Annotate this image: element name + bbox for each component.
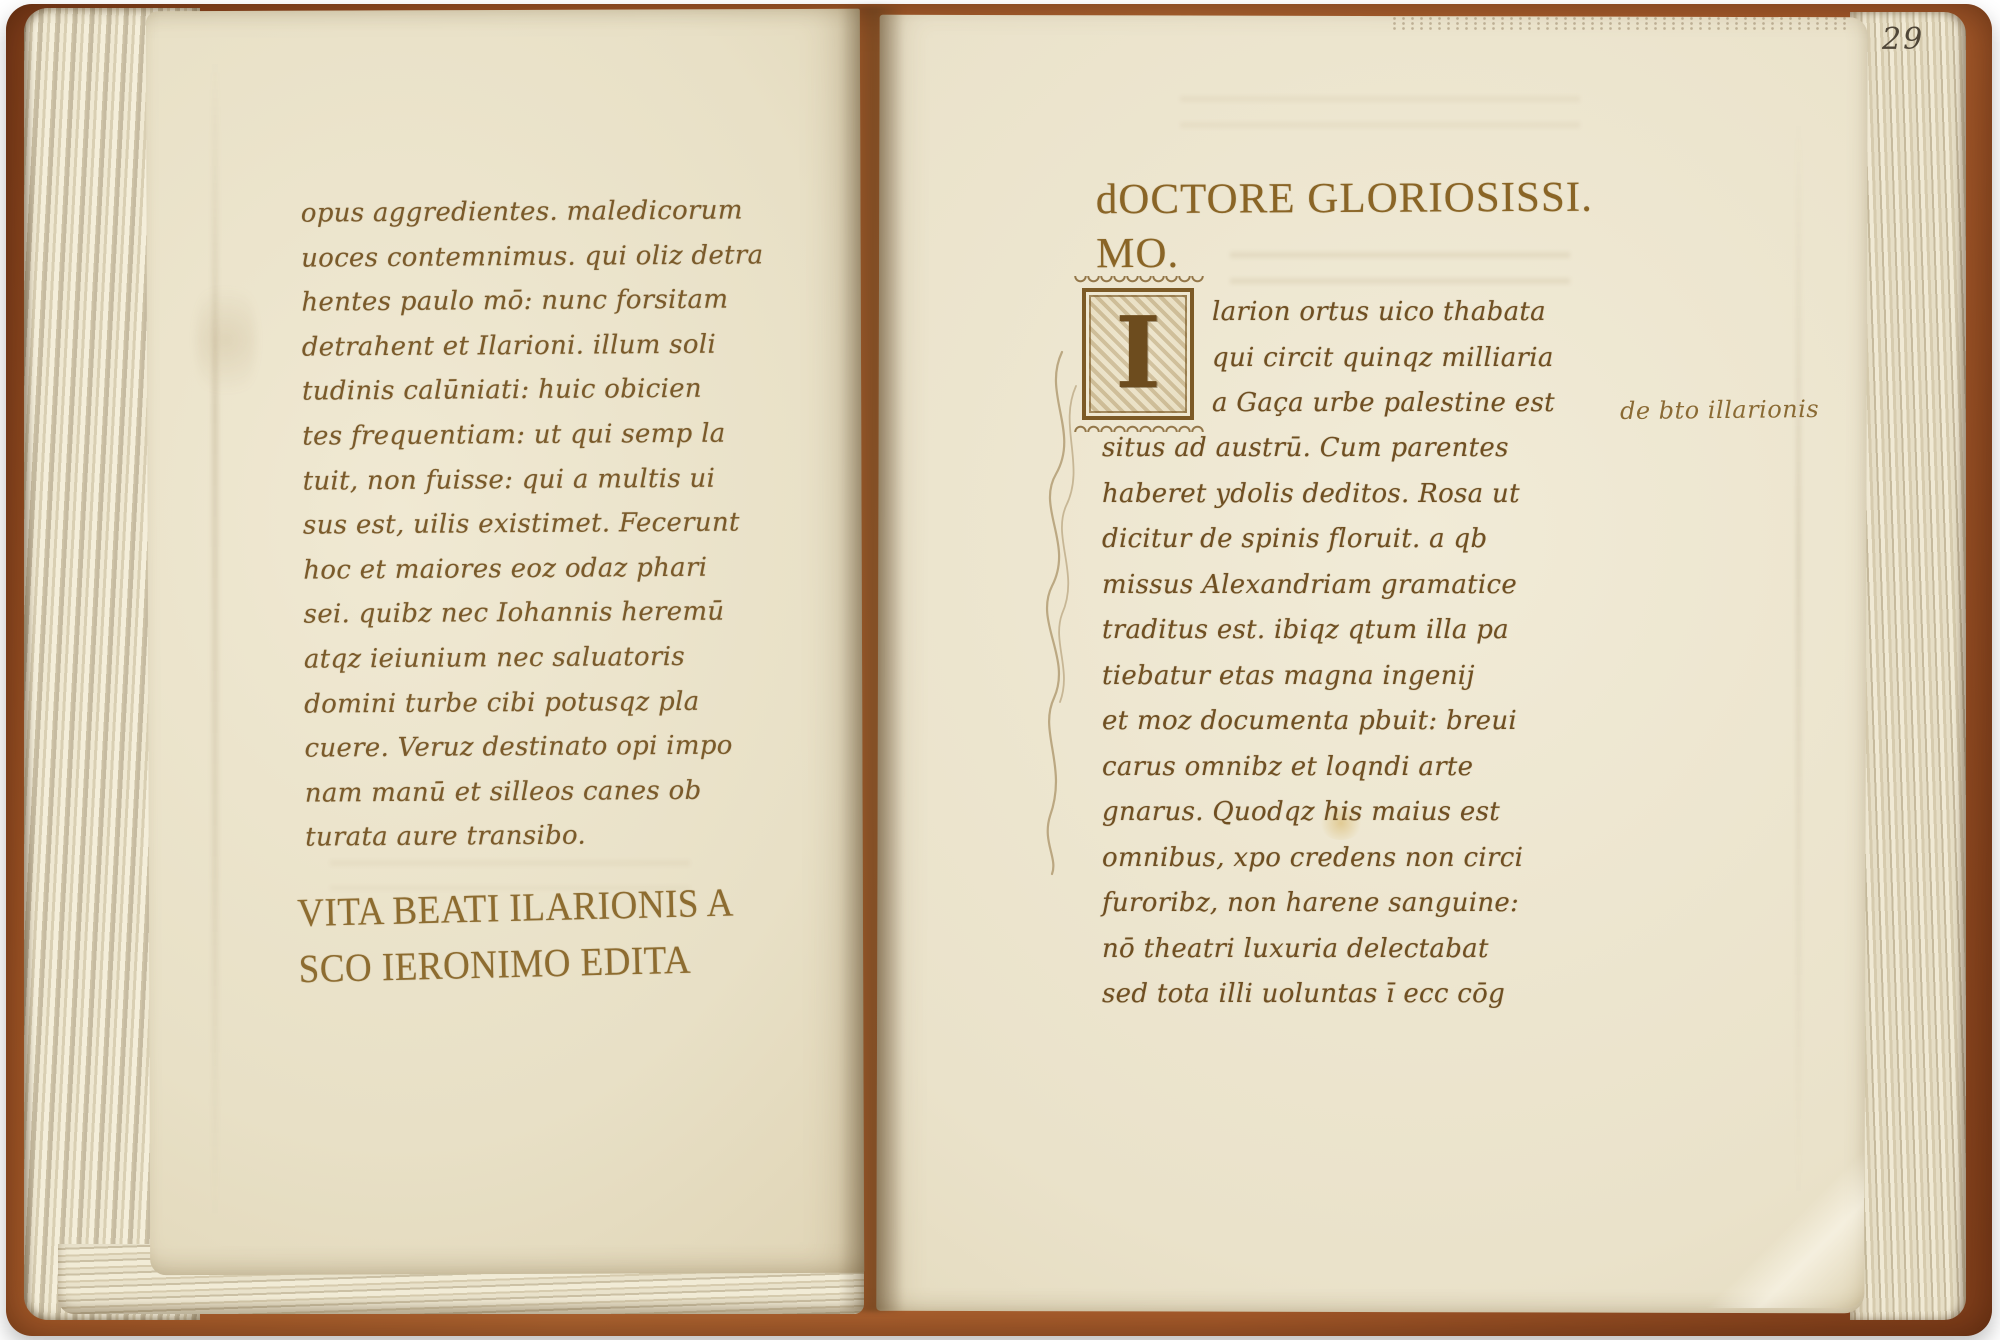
illuminated-initial-frame: I — [1082, 288, 1194, 420]
parchment-crease — [1796, 120, 1801, 1200]
right-page-text-block-indented: larion ortus uico thabataqui circit quin… — [1212, 290, 1612, 427]
manuscript-text-line: tudinis calūniati: huic obicien — [302, 367, 752, 415]
manuscript-text-line: cuere. Veruz destinato opi impo — [304, 724, 754, 772]
manuscript-text-line: a Gaça urbe palestine est — [1212, 381, 1612, 427]
parchment-stain — [196, 270, 256, 410]
manuscript-text-line: omnibus, xpo credens non circi — [1102, 836, 1602, 882]
manuscript-text-line: hoc et maiores eoz odaz phari — [303, 545, 753, 593]
manuscript-text-line: uoces contemnimus. qui oliz detra — [301, 233, 751, 281]
manuscript-text-line: tes frequentiam: ut qui semp la — [302, 411, 752, 459]
manuscript-text-line: gnarus. Quodqz his maius est — [1102, 790, 1602, 836]
manuscript-text-line: furoribz, non harene sanguine: — [1102, 881, 1602, 927]
manuscript-text-line: traditus est. ibiqz qtum illa pa — [1102, 608, 1602, 654]
chapter-heading-line: dOCTORE GLORIOSISSI. — [1096, 171, 1593, 228]
manuscript-text-line: missus Alexandriam gramatice — [1102, 563, 1602, 609]
manuscript-text-line: qui circit quinqz milliaria — [1212, 336, 1612, 382]
manuscript-text-line: nam manū et silleos canes ob — [305, 768, 755, 816]
manuscript-text-line: carus omnibz et loqndi arte — [1102, 745, 1602, 791]
manuscript-text-line: sus est, uilis existimet. Fecerunt — [303, 501, 753, 549]
manuscript-text-line: hentes paulo mō: nunc forsitam — [301, 278, 751, 326]
manuscript-photo: opus aggredientes. maledicorumuoces cont… — [0, 0, 2000, 1340]
parchment-crease — [212, 60, 218, 1220]
chapter-heading: dOCTORE GLORIOSISSI.MO. — [1096, 171, 1594, 282]
initial-ornament-top — [1074, 276, 1204, 288]
manuscript-text-line: dicitur de spinis floruit. a qb — [1102, 517, 1602, 563]
folio-number: 29 — [1882, 22, 1924, 57]
manuscript-text-line: sei. quibz nec Iohannis heremū — [303, 590, 753, 638]
manuscript-text-line: domini turbe cibi potusqz pla — [304, 679, 754, 727]
manuscript-text-line: tiebatur etas magna ingenij — [1102, 654, 1602, 700]
manuscript-text-line: situs ad austrū. Cum parentes — [1102, 426, 1602, 472]
manuscript-text-line: sed tota illi uoluntas ī ecc cōg — [1102, 972, 1602, 1018]
right-page-text-block: situs ad austrū. Cum parenteshaberet ydo… — [1102, 426, 1602, 1018]
left-page-text-block: opus aggredientes. maledicorumuoces cont… — [301, 188, 756, 860]
manuscript-text-line: nō theatri luxuria delectabat — [1102, 927, 1602, 973]
ink-showthrough — [1180, 96, 1580, 136]
book-gutter-shadow — [840, 6, 904, 1312]
manuscript-text-line: detrahent et Ilarioni. illum soli — [302, 322, 752, 370]
manuscript-text-line: turata aure transibo. — [305, 813, 755, 861]
chapter-heading-line: MO. — [1096, 225, 1593, 282]
manuscript-text-line: atqz ieiunium nec saluatoris — [304, 634, 754, 682]
pen-flourish-ornament — [1028, 346, 1088, 876]
manuscript-text-line: larion ortus uico thabata — [1212, 290, 1612, 336]
illuminated-initial-letter: I — [1115, 305, 1161, 403]
manuscript-text-line: haberet ydolis deditos. Rosa ut — [1102, 472, 1602, 518]
manuscript-text-line: tuit, non fuisse: qui a multis ui — [303, 456, 753, 504]
rubric-title: VITA BEATI ILARIONIS ASCO IERONIMO EDITA — [297, 874, 820, 999]
page-corner-curl — [1680, 1140, 1864, 1308]
manuscript-text-line: opus aggredientes. maledicorum — [301, 188, 751, 236]
page-edge-speckles — [1390, 16, 1850, 30]
right-page-edge-stack — [1850, 12, 1966, 1320]
margin-annotation: de bto illarionis — [1620, 395, 1819, 425]
manuscript-text-line: et moz documenta pbuit: breui — [1102, 699, 1602, 745]
